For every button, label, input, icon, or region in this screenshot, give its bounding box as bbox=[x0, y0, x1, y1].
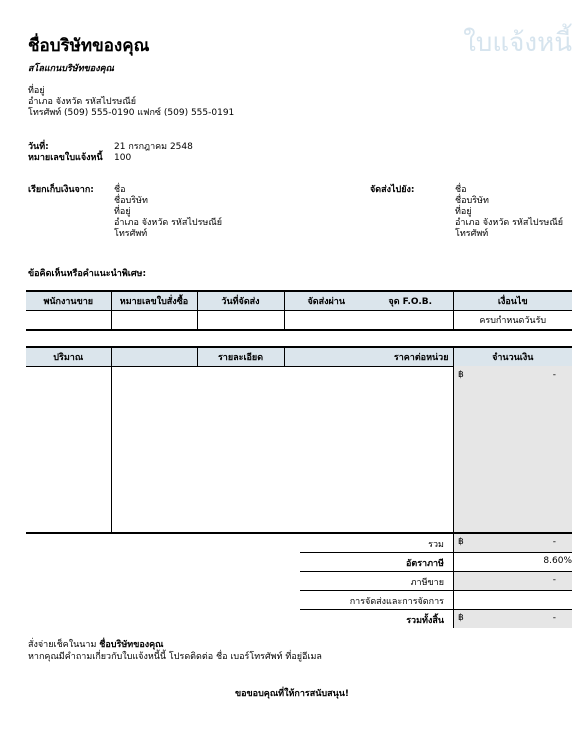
cell-terms[interactable]: ครบกำหนดวันรับ bbox=[453, 311, 572, 331]
items-table-body[interactable]: ฿ - bbox=[26, 366, 572, 534]
bill-to-city: อำเภอ จังหวัด รหัสไปรษณีย์ bbox=[114, 218, 222, 229]
payable-prefix: สั่งจ่ายเช็คในนาม bbox=[28, 640, 96, 650]
amount-column[interactable]: ฿ - bbox=[453, 366, 572, 532]
header-unit-price: ราคาต่อหน่วย bbox=[284, 347, 453, 367]
header-terms: เงื่อนไข bbox=[453, 291, 572, 311]
cell-ship-via[interactable] bbox=[284, 311, 368, 331]
currency-symbol: ฿ bbox=[458, 370, 464, 380]
header-description: รายละเอียด bbox=[197, 347, 284, 367]
tax-rate-value: 8.60% bbox=[543, 556, 572, 566]
subtotal-value: - bbox=[553, 537, 556, 547]
phone-fax-line: โทรศัพท์ (509) 555-0190 แฟกซ์ (509) 555-… bbox=[28, 108, 234, 119]
ship-to-city: อำเภอ จังหวัด รหัสไปรษณีย์ bbox=[455, 218, 563, 229]
cell-fob[interactable] bbox=[368, 311, 453, 331]
sales-tax-row: ภาษีขาย - bbox=[300, 572, 572, 591]
tax-rate-row: อัตราภาษี 8.60% bbox=[300, 553, 572, 572]
ship-to-label: จัดส่งไปยัง: bbox=[370, 185, 415, 196]
shipping-label: การจัดส่งและการจัดการ bbox=[350, 594, 444, 608]
currency-symbol: ฿ bbox=[458, 537, 464, 547]
payable-name: ชื่อบริษัทของคุณ bbox=[99, 640, 163, 650]
bill-to-company: ชื่อบริษัท bbox=[114, 196, 222, 207]
tax-rate-label: อัตราภาษี bbox=[406, 556, 444, 570]
bill-to-name: ชื่อ bbox=[114, 185, 222, 196]
comments-label: ข้อคิดเห็นหรือคำแนะนำพิเศษ: bbox=[28, 269, 146, 280]
contact-line: หากคุณมีคำถามเกี่ยวกับใบแจ้งหนี้นี้ โปรด… bbox=[28, 652, 322, 663]
header-ship-via: จัดส่งผ่าน bbox=[284, 291, 368, 311]
ship-to-company: ชื่อบริษัท bbox=[455, 196, 563, 207]
bill-to-address: ที่อยู่ bbox=[114, 207, 222, 218]
ship-to-name: ชื่อ bbox=[455, 185, 563, 196]
header-po-number: หมายเลขใบสั่งซื้อ bbox=[111, 291, 197, 311]
address-line: อำเภอ จังหวัด รหัสไปรษณีย์ bbox=[28, 97, 234, 108]
grand-total-label: รวมทั้งสิ้น bbox=[406, 613, 444, 627]
address-line: ที่อยู่ bbox=[28, 86, 234, 97]
cell-salesperson[interactable] bbox=[26, 311, 111, 331]
company-name: ชื่อบริษัทของคุณ bbox=[28, 32, 149, 59]
company-address: ที่อยู่ อำเภอ จังหวัด รหัสไปรษณีย์ โทรศั… bbox=[28, 86, 234, 119]
bill-to-label: เรียกเก็บเงินจาก: bbox=[28, 185, 94, 196]
header-blank bbox=[111, 347, 197, 367]
order-table-row: ครบกำหนดวันรับ bbox=[26, 311, 572, 331]
items-table-header: ปริมาณ รายละเอียด ราคาต่อหน่วย จำนวนเงิน bbox=[26, 346, 572, 367]
shipping-cell[interactable] bbox=[453, 591, 572, 609]
header-ship-date: วันที่จัดส่ง bbox=[197, 291, 284, 311]
grand-total-row: รวมทั้งสิ้น ฿ - bbox=[300, 610, 572, 628]
sales-tax-label: ภาษีขาย bbox=[411, 575, 444, 589]
thank-you-message: ขอขอบคุณที่ให้การสนับสนุน! bbox=[0, 689, 584, 700]
ship-to-address: ที่อยู่ bbox=[455, 207, 563, 218]
amount-value: - bbox=[553, 370, 556, 380]
header-quantity: ปริมาณ bbox=[26, 347, 111, 367]
invoice-number-value: 100 bbox=[114, 153, 131, 164]
order-table-header: พนักงานขาย หมายเลขใบสั่งซื้อ วันที่จัดส่… bbox=[26, 291, 572, 311]
shipping-row: การจัดส่งและการจัดการ bbox=[300, 591, 572, 610]
company-slogan: สโลแกนบริษัทของคุณ bbox=[28, 61, 114, 75]
ship-to-phone: โทรศัพท์ bbox=[455, 229, 563, 240]
subtotal-row: รวม ฿ - bbox=[300, 534, 572, 553]
grand-total-cell[interactable]: ฿ - bbox=[453, 610, 572, 628]
document-title: ใบแจ้งหนี้ bbox=[463, 22, 572, 63]
currency-symbol: ฿ bbox=[458, 613, 464, 623]
date-value: 21 กรกฎาคม 2548 bbox=[114, 142, 193, 153]
cell-po-number[interactable] bbox=[111, 311, 197, 331]
bill-to-block: ชื่อ ชื่อบริษัท ที่อยู่ อำเภอ จังหวัด รห… bbox=[114, 185, 222, 240]
header-fob: จุด F.O.B. bbox=[368, 291, 453, 311]
payable-to-line: สั่งจ่ายเช็คในนาม ชื่อบริษัทของคุณ bbox=[28, 640, 164, 651]
invoice-number-label: หมายเลขใบแจ้งหนี้ bbox=[28, 153, 103, 164]
grand-total-value: - bbox=[553, 613, 556, 623]
totals-section: รวม ฿ - อัตราภาษี 8.60% ภาษีขาย - การจัด… bbox=[300, 534, 572, 628]
subtotal-cell[interactable]: ฿ - bbox=[453, 534, 572, 552]
header-salesperson: พนักงานขาย bbox=[26, 291, 111, 311]
sales-tax-value: - bbox=[553, 575, 556, 585]
header-amount: จำนวนเงิน bbox=[453, 347, 572, 367]
bill-to-phone: โทรศัพท์ bbox=[114, 229, 222, 240]
tax-rate-cell[interactable]: 8.60% bbox=[453, 553, 572, 571]
ship-to-block: ชื่อ ชื่อบริษัท ที่อยู่ อำเภอ จังหวัด รห… bbox=[455, 185, 563, 240]
date-label: วันที่: bbox=[28, 142, 49, 153]
column-divider bbox=[111, 366, 112, 532]
cell-ship-date[interactable] bbox=[197, 311, 284, 331]
subtotal-label: รวม bbox=[428, 537, 444, 551]
sales-tax-cell[interactable]: - bbox=[453, 572, 572, 590]
order-info-table: พนักงานขาย หมายเลขใบสั่งซื้อ วันที่จัดส่… bbox=[26, 290, 572, 331]
